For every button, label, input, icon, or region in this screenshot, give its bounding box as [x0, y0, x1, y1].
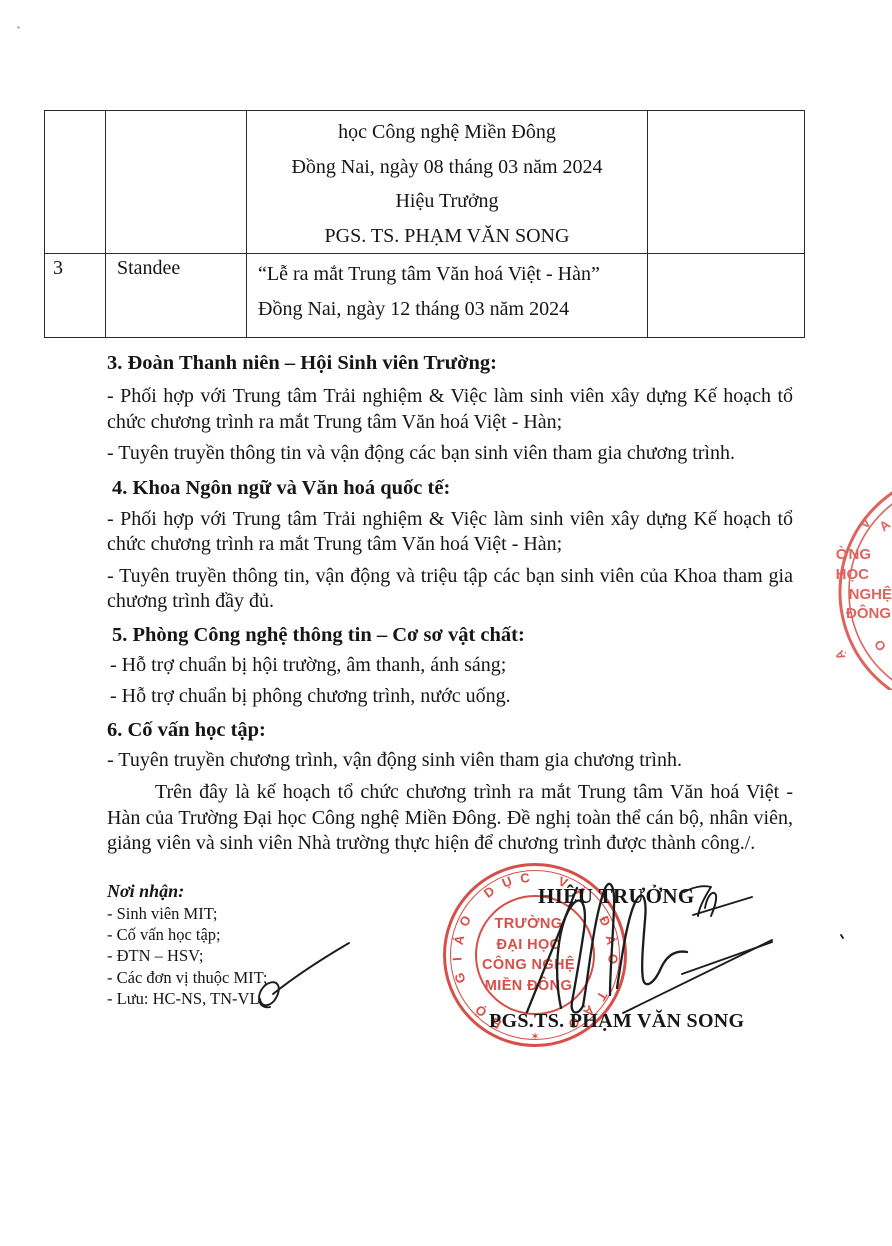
table-row: 3 Standee “Lễ ra mắt Trung tâm Văn hoá V…: [45, 254, 805, 338]
table-cell-signblock: học Công nghệ Miền Đông Đồng Nai, ngày 0…: [247, 111, 648, 254]
section-paragraph: - Phối hợp với Trung tâm Trải nghiệm & V…: [107, 384, 793, 435]
edge-stamp-line: ỜNG: [828, 547, 892, 562]
closing-paragraph: Trên đây là kế hoạch tổ chức chương trìn…: [107, 780, 793, 857]
table-cell-empty: [648, 111, 805, 254]
cell-line: học Công nghệ Miền Đông: [247, 115, 647, 150]
cell-line: Đồng Nai, ngày 12 tháng 03 năm 2024: [258, 292, 647, 327]
table-cell-item: Standee: [106, 254, 247, 338]
section-paragraph: - Tuyên truyền thông tin và vận động các…: [107, 441, 793, 467]
section-heading: 4. Khoa Ngôn ngữ và Văn hoá quốc tế:: [107, 475, 793, 501]
cell-line: PGS. TS. PHẠM VĂN SONG: [247, 219, 647, 254]
document-body: 3. Đoàn Thanh niên – Hội Sinh viên Trườn…: [107, 350, 793, 857]
section-heading: 6. Cố vấn học tập:: [107, 717, 793, 743]
table-cell-empty: [648, 254, 805, 338]
table-cell-description: “Lễ ra mắt Trung tâm Văn hoá Việt - Hàn”…: [247, 254, 648, 338]
section-paragraph: - Tuyên truyền chương trình, vận động si…: [107, 748, 793, 774]
table-cell-empty: [106, 111, 247, 254]
edge-stamp-line: HỌC: [828, 567, 892, 582]
edge-stamp-fragment: ỜNG HỌC NGHỆ ĐÔNG V A O Ạ: [828, 488, 892, 690]
cell-line: Hiệu Trưởng: [247, 184, 647, 219]
cell-line: Đồng Nai, ngày 08 tháng 03 năm 2024: [247, 150, 647, 185]
section-paragraph: - Phối hợp với Trung tâm Trải nghiệm & V…: [107, 507, 793, 558]
table-cell-empty: [45, 111, 106, 254]
section-paragraph: - Hỗ trợ chuẩn bị phông chương trình, nư…: [107, 684, 793, 710]
section-heading: 5. Phòng Công nghệ thông tin – Cơ sơ vật…: [107, 622, 793, 648]
edge-stamp-line: ĐÔNG: [828, 606, 892, 621]
recipient-item: - Sinh viên MIT;: [107, 903, 347, 924]
scan-speck: [17, 26, 20, 29]
cell-line: “Lễ ra mắt Trung tâm Văn hoá Việt - Hàn”: [258, 257, 647, 292]
section-heading: 3. Đoàn Thanh niên – Hội Sinh viên Trườn…: [107, 350, 793, 376]
table-row: học Công nghệ Miền Đông Đồng Nai, ngày 0…: [45, 111, 805, 254]
recipients-label: Nơi nhận:: [107, 880, 347, 903]
items-table: học Công nghệ Miền Đông Đồng Nai, ngày 0…: [44, 110, 805, 338]
signature-scribble-icon: [440, 855, 892, 1055]
edge-stamp-line: NGHỆ: [828, 587, 892, 602]
document-page: học Công nghệ Miền Đông Đồng Nai, ngày 0…: [0, 0, 892, 1246]
section-paragraph: - Tuyên truyền thông tin, vận động và tr…: [107, 564, 793, 615]
initials-scribble-icon: [248, 935, 358, 1015]
table-cell-number: 3: [45, 254, 106, 338]
section-paragraph: - Hỗ trợ chuẩn bị hội trường, âm thanh, …: [107, 653, 793, 679]
